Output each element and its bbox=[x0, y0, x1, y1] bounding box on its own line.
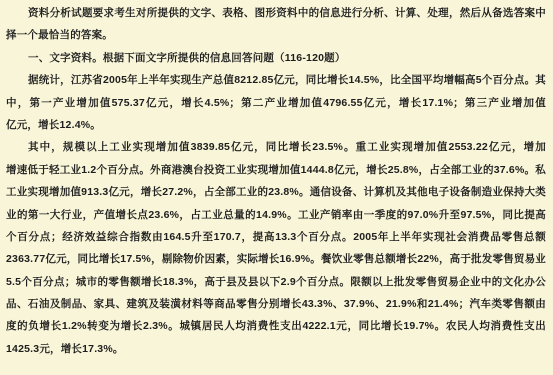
document-body: 资料分析试题要求考生对所提供的文字、表格、图形资料中的信息进行分析、计算、处理，… bbox=[6, 2, 546, 360]
text-line: 业的第一大行业，产值增长点23.6%，占工业总量的14.9%。工业产销率由一季度… bbox=[6, 204, 546, 226]
paragraph-paragraph-gdp-overview: 据统计，江苏省2005年上半年实现生产总值8212.85亿元，同比增长14.5%… bbox=[6, 69, 546, 136]
text-line: 资料分析试题要求考生对所提供的文字、表格、图形资料中的信息进行分析、计算、处理，… bbox=[6, 2, 546, 24]
text-line: 个百分点；经济效益综合指数由164.5升至170.7，提高13.3个百分点。20… bbox=[6, 226, 546, 248]
text-line: 亿元，增长12.4%。 bbox=[6, 114, 546, 136]
paragraph-section-heading: 一、文字资料。根据下面文字所提供的信息回答问题（116-120题） bbox=[6, 47, 546, 69]
paragraph-paragraph-industry-detail: 其中，规模以上工业实现增加值3839.85亿元，同比增长23.5%。重工业实现增… bbox=[6, 136, 546, 360]
text-line: 度的负增长1.2%转变为增长2.3%。城镇居民人均消费性支出4222.1元，同比… bbox=[6, 315, 546, 337]
text-line: 1425.3元，增长17.3%。 bbox=[6, 338, 546, 360]
document-page: 资料分析试题要求考生对所提供的文字、表格、图形资料中的信息进行分析、计算、处理，… bbox=[0, 0, 553, 375]
text-line: 5.5个百分点；城市的零售额增长18.3%，高于县及县以下2.9个百分点。限额以… bbox=[6, 271, 546, 293]
text-line: 品、石油及制品、家具、建筑及装潢材料等商品零售分别增长43.3%、37.9%、2… bbox=[6, 293, 546, 315]
text-line: 增速低于轻工业1.2个百分点。外商港澳台投资工业实现增加值1444.8亿元，增长… bbox=[6, 159, 546, 181]
text-line: 2363.77亿元，同比增长17.5%，剔除物价因素，实际增长16.9%。餐饮业… bbox=[6, 248, 546, 270]
text-line: 据统计，江苏省2005年上半年实现生产总值8212.85亿元，同比增长14.5%… bbox=[6, 69, 546, 91]
text-line: 工业实现增加值913.3亿元，增长27.2%，占全部工业的23.8%。通信设备、… bbox=[6, 181, 546, 203]
text-line: 其中，规模以上工业实现增加值3839.85亿元，同比增长23.5%。重工业实现增… bbox=[6, 136, 546, 158]
paragraph-intro: 资料分析试题要求考生对所提供的文字、表格、图形资料中的信息进行分析、计算、处理，… bbox=[6, 2, 546, 47]
text-line: 一、文字资料。根据下面文字所提供的信息回答问题（116-120题） bbox=[6, 47, 546, 69]
text-line: 择一个最恰当的答案。 bbox=[6, 24, 546, 46]
text-line: 中，第一产业增加值575.37亿元，增长4.5%；第二产业增加值4796.55亿… bbox=[6, 92, 546, 114]
